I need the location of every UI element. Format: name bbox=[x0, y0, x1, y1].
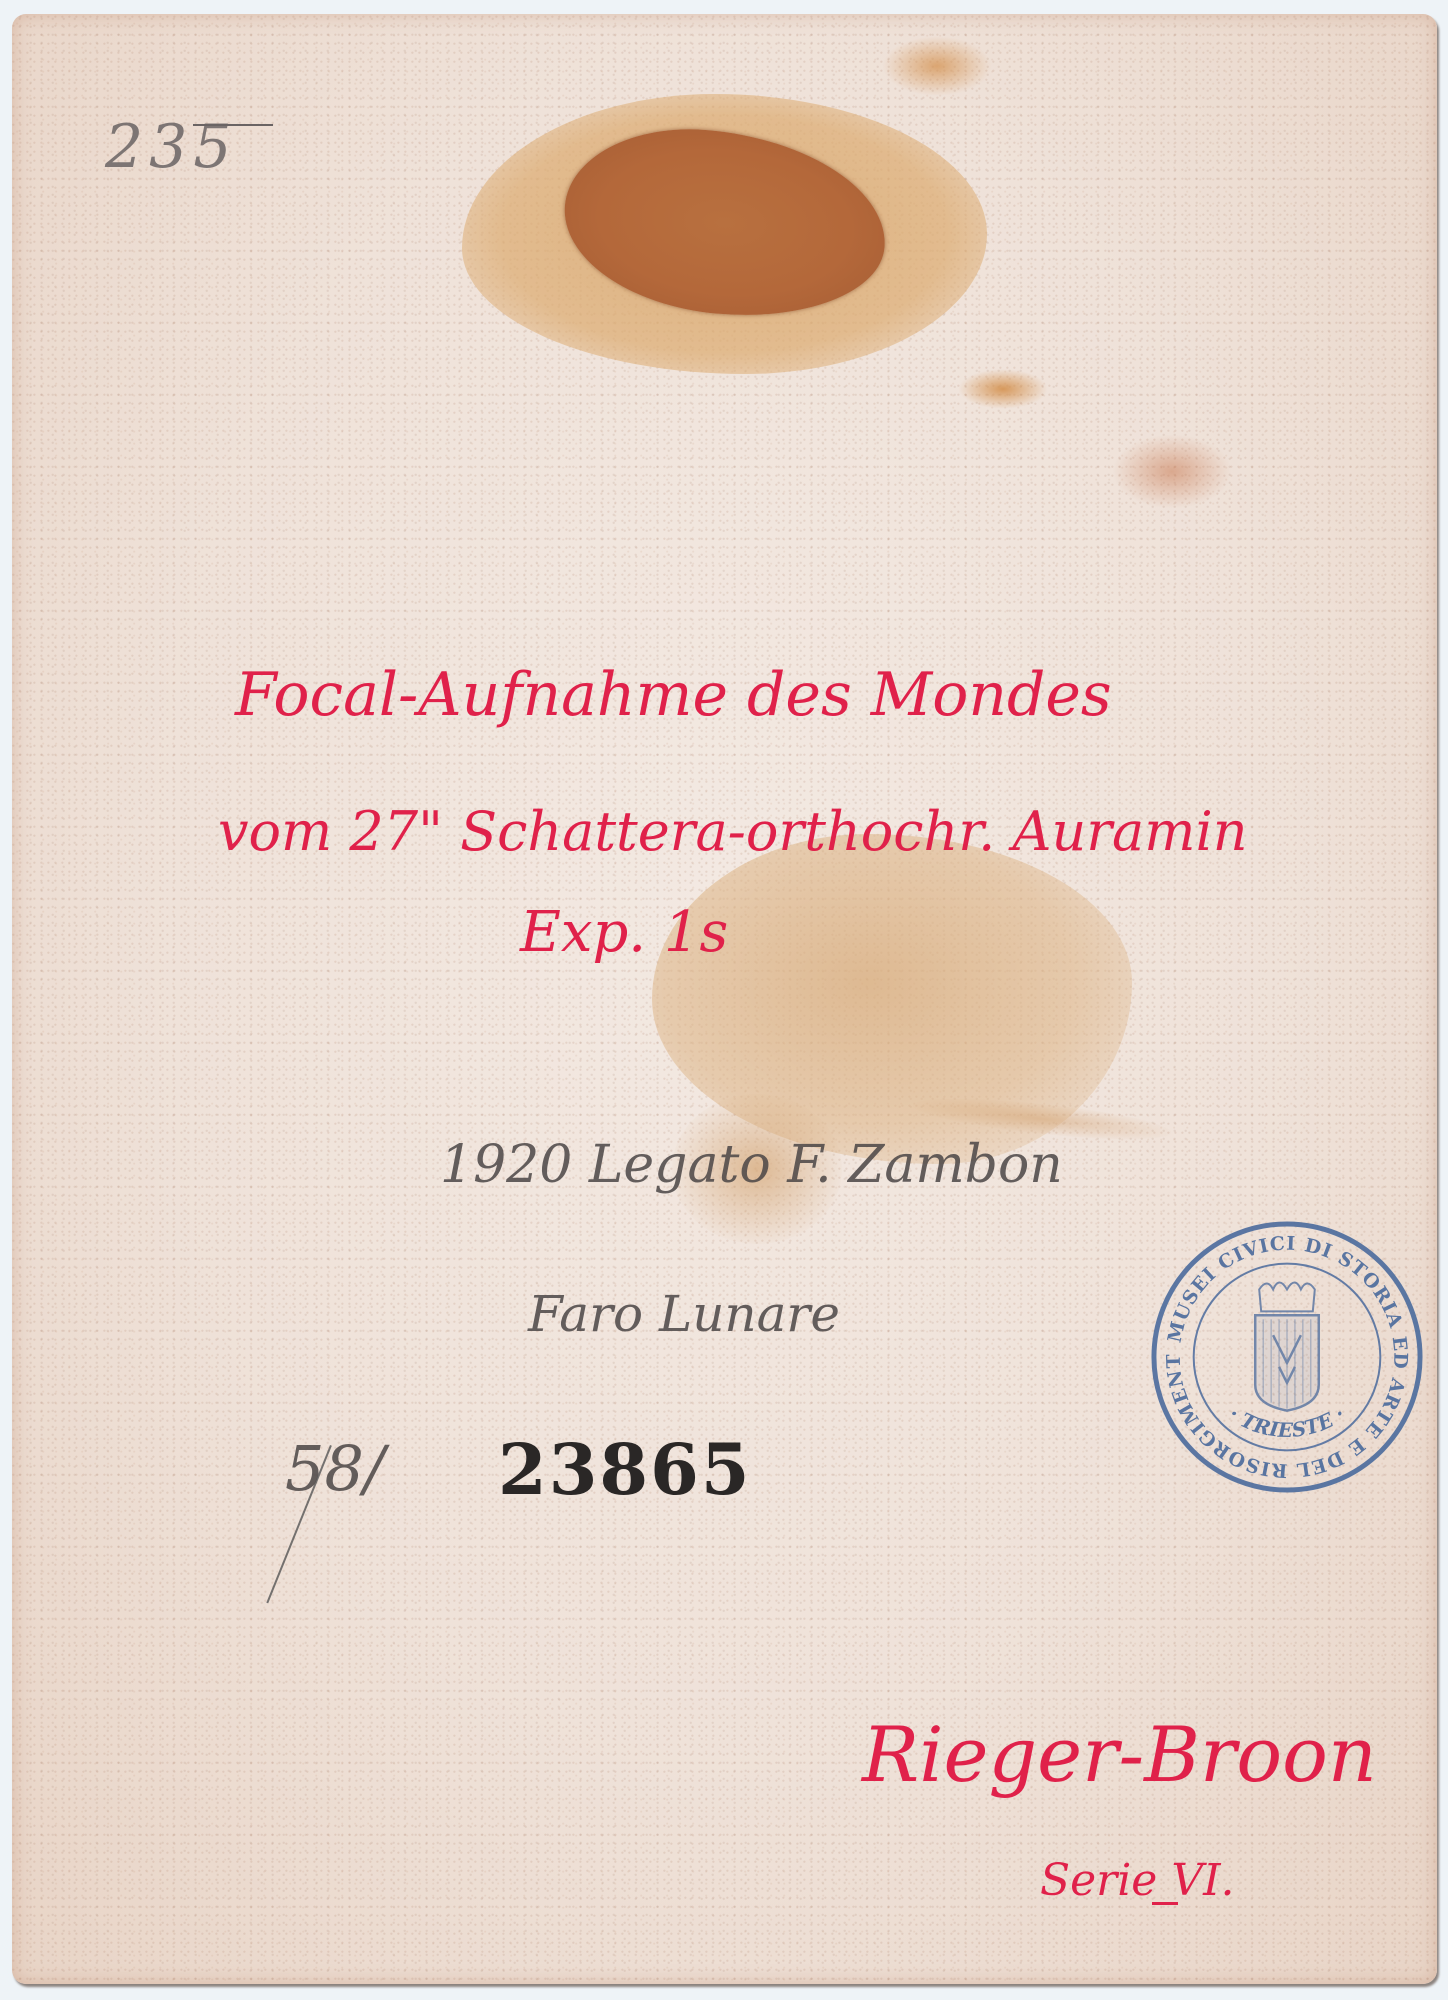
signature-subline: Serie VI. bbox=[1040, 1855, 1234, 1906]
photo-card-verso bbox=[12, 14, 1437, 1984]
inventory-number-stroke bbox=[193, 124, 273, 126]
pencil-note-reference: 58/ bbox=[285, 1432, 385, 1505]
stain-drops bbox=[958, 369, 1048, 409]
red-note-line-2: vom 27" Schattera-orthochr. Auramin bbox=[218, 800, 1248, 863]
red-note-line-1: Focal-Aufnahme des Mondes bbox=[235, 660, 1112, 730]
pencil-note-legato: 1920 Legato F. Zambon bbox=[440, 1135, 1063, 1195]
signature-underline bbox=[1152, 1902, 1178, 1905]
stain-top-halo bbox=[462, 94, 987, 374]
stain-top-core bbox=[557, 118, 894, 327]
stain-mid bbox=[652, 834, 1132, 1164]
stain-speckle bbox=[1112, 434, 1232, 509]
stain-splash bbox=[882, 36, 992, 96]
pencil-note-subject: Faro Lunare bbox=[528, 1285, 840, 1343]
stamp-graphic: MUSEI CIVICI DI STORIA ED ARTE E DEL RIS… bbox=[1148, 1218, 1426, 1496]
inventory-number: 235 bbox=[105, 112, 238, 182]
accession-number: 23865 bbox=[498, 1428, 752, 1511]
paper-texture bbox=[12, 14, 1437, 1984]
museum-stamp: MUSEI CIVICI DI STORIA ED ARTE E DEL RIS… bbox=[1148, 1218, 1426, 1496]
signature: Rieger-Broon bbox=[862, 1710, 1377, 1799]
coat-of-arms-icon bbox=[1255, 1283, 1319, 1411]
red-note-line-3: Exp. 1s bbox=[520, 900, 728, 965]
